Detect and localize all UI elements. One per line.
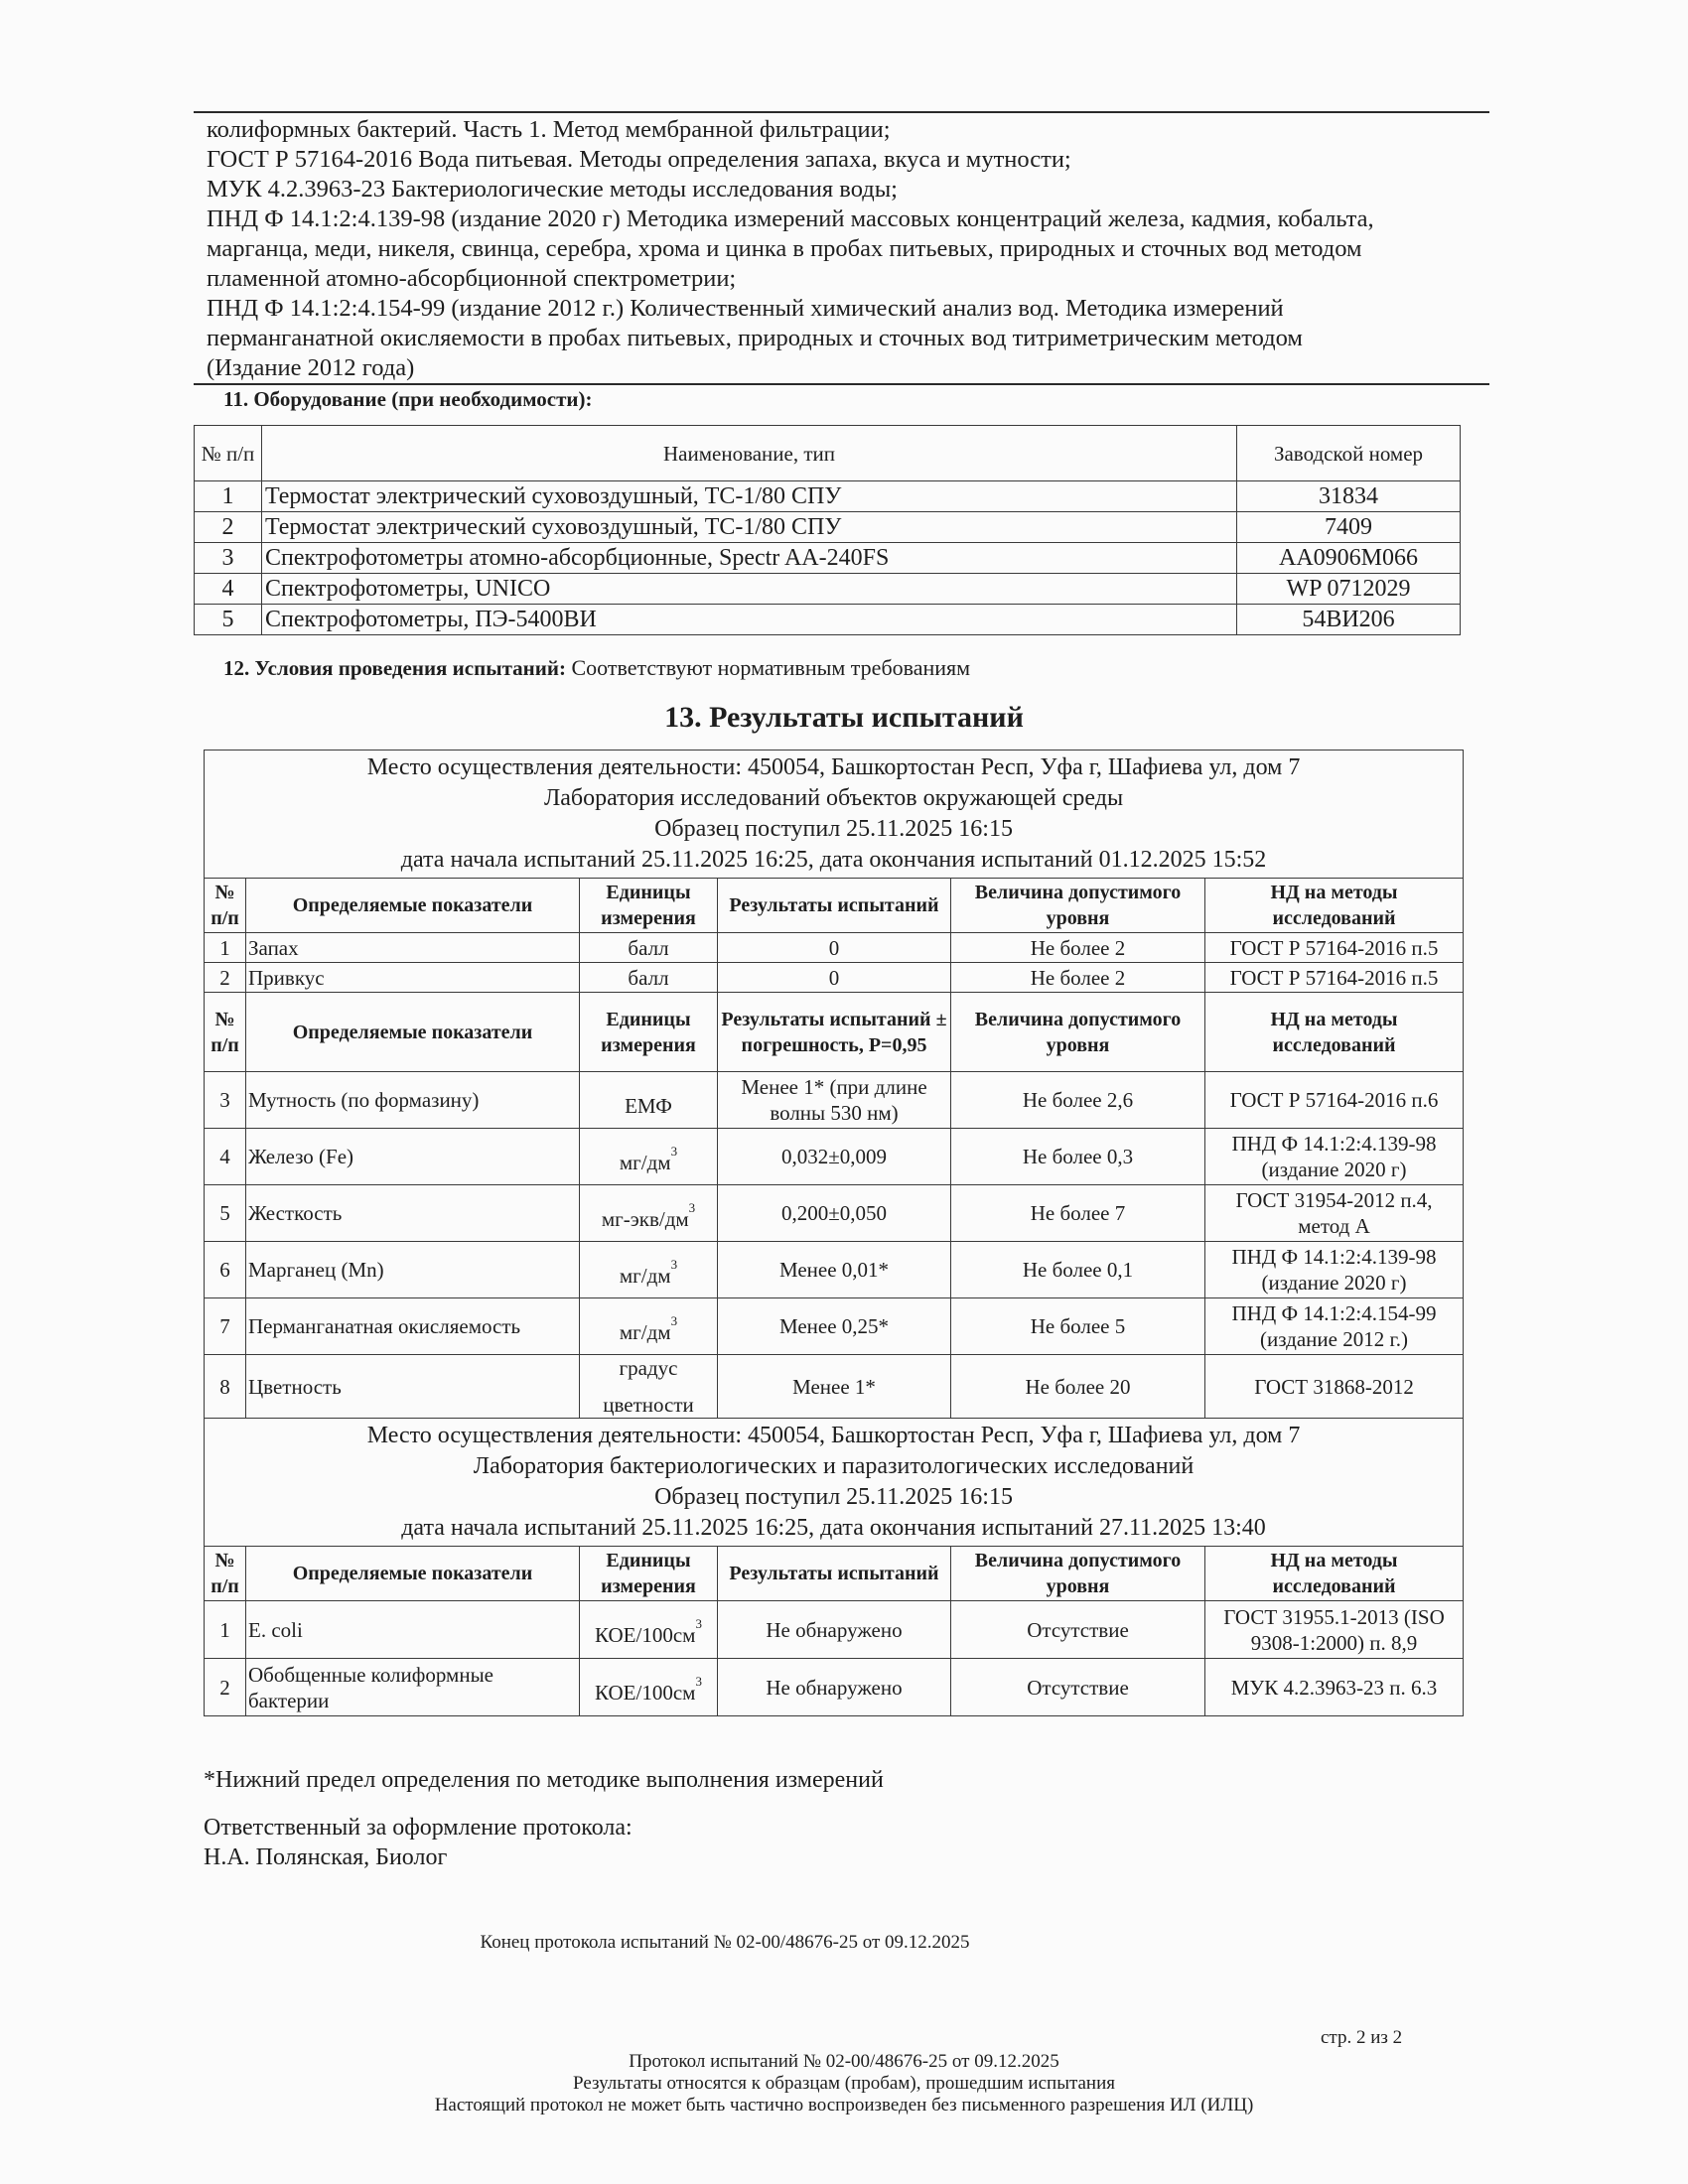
equipment-header-serial: Заводской номер (1237, 426, 1461, 481)
row-unit: мг/дм3 (580, 1242, 718, 1298)
footer: Протокол испытаний № 02-00/48676-25 от 0… (348, 2051, 1340, 2116)
row-result: Менее 0,25* (718, 1298, 951, 1355)
row-unit: балл (580, 963, 718, 993)
row-result: Менее 1* (718, 1355, 951, 1419)
methods-line: марганца, меди, никеля, свинца, серебра,… (207, 234, 1487, 264)
methods-line: МУК 4.2.3963-23 Бактериологические метод… (207, 175, 1487, 205)
row-indicator: Железо (Fe) (246, 1129, 580, 1185)
unit-superscript: 3 (689, 1200, 696, 1215)
table-row: 8Цветностьградус цветностиМенее 1*Не бол… (205, 1355, 1464, 1419)
header-unit: Единицы измерения (580, 1547, 718, 1601)
row-result: Менее 0,01* (718, 1242, 951, 1298)
row-method: ПНД Ф 14.1:2:4.139-98 (издание 2020 г) (1205, 1242, 1464, 1298)
footer-line: Протокол испытаний № 02-00/48676-25 от 0… (348, 2051, 1340, 2073)
equipment-serial: 54ВИ206 (1237, 605, 1461, 635)
header-limit: Величина допустимого уровня (951, 1547, 1205, 1601)
row-limit: Не более 5 (951, 1298, 1205, 1355)
equipment-num: 3 (195, 543, 262, 574)
responsible-person: Н.А. Полянская, Биолог (204, 1844, 447, 1871)
row-indicator: Привкус (246, 963, 580, 993)
equipment-name: Термостат электрический суховоздушный, Т… (262, 512, 1237, 543)
block2-received: Образец поступил 25.11.2025 16:15 (205, 1482, 1463, 1513)
footer-line: Результаты относятся к образцам (пробам)… (348, 2073, 1340, 2095)
row-method: ГОСТ Р 57164-2016 п.6 (1205, 1072, 1464, 1129)
unit-superscript: 3 (671, 1144, 678, 1159)
header-method: НД на методы исследований (1205, 993, 1464, 1072)
block2-lab: Лаборатория бактериологических и паразит… (205, 1451, 1463, 1482)
row-method: ГОСТ Р 57164-2016 п.5 (1205, 933, 1464, 963)
methods-line: пламенной атомно-абсорбционной спектроме… (207, 264, 1487, 294)
unit-superscript: 3 (671, 1313, 678, 1328)
row-num: 8 (205, 1355, 246, 1419)
footer-line: Настоящий протокол не может быть частичн… (348, 2095, 1340, 2116)
equipment-title: 11. Оборудование (при необходимости): (223, 387, 593, 412)
table-row: 1 Запах балл 0 Не более 2 ГОСТ Р 57164-2… (205, 933, 1464, 963)
table-row: 5Жесткостьмг-экв/дм30,200±0,050Не более … (205, 1185, 1464, 1242)
row-result: 0 (718, 963, 951, 993)
block2-rows: 1E. coliКОЕ/100см3Не обнаруженоОтсутстви… (205, 1601, 1464, 1716)
equipment-name: Спектрофотометры, UNICO (262, 574, 1237, 605)
row-unit: КОЕ/100см3 (580, 1659, 718, 1716)
equipment-header-row: № п/п Наименование, тип Заводской номер (195, 426, 1461, 481)
equipment-name: Термостат электрический суховоздушный, Т… (262, 481, 1237, 512)
row-num: 3 (205, 1072, 246, 1129)
header-limit: Величина допустимого уровня (951, 993, 1205, 1072)
row-num: 1 (205, 933, 246, 963)
equipment-serial: WP 0712029 (1237, 574, 1461, 605)
table-row: 4 Спектрофотометры, UNICO WP 0712029 (195, 574, 1461, 605)
responsible-label: Ответственный за оформление протокола: (204, 1815, 633, 1842)
header-result-error: Результаты испытаний ± погрешность, Р=0,… (718, 993, 951, 1072)
row-limit: Не более 0,1 (951, 1242, 1205, 1298)
methods-line: перманганатной окисляемости в пробах пит… (207, 324, 1487, 353)
methods-list: колиформных бактерий. Часть 1. Метод мем… (207, 115, 1487, 383)
table-row: 1 Термостат электрический суховоздушный,… (195, 481, 1461, 512)
header-indicator: Определяемые показатели (246, 1547, 580, 1601)
row-method: ГОСТ 31955.1-2013 (ISO 9308-1:2000) п. 8… (1205, 1601, 1464, 1659)
methods-line: ПНД Ф 14.1:2:4.154-99 (издание 2012 г.) … (207, 294, 1487, 324)
header-method: НД на методы исследований (1205, 879, 1464, 933)
row-indicator: Перманганатная окисляемость (246, 1298, 580, 1355)
header-indicator: Определяемые показатели (246, 879, 580, 933)
row-method: ГОСТ Р 57164-2016 п.5 (1205, 963, 1464, 993)
row-result: Не обнаружено (718, 1601, 951, 1659)
table-row: 2Обобщенные колиформные бактерииКОЕ/100с… (205, 1659, 1464, 1716)
row-limit: Не более 2 (951, 963, 1205, 993)
row-unit: балл (580, 933, 718, 963)
row-unit: ЕМФ (580, 1072, 718, 1129)
equipment-name: Спектрофотометры, ПЭ-5400ВИ (262, 605, 1237, 635)
row-method: ГОСТ 31954-2012 п.4, метод А (1205, 1185, 1464, 1242)
row-indicator: Мутность (по формазину) (246, 1072, 580, 1129)
header-num: № п/п (205, 1547, 246, 1601)
block1-header-row-b: № п/п Определяемые показатели Единицы из… (205, 993, 1464, 1072)
row-num: 5 (205, 1185, 246, 1242)
row-limit: Не более 7 (951, 1185, 1205, 1242)
row-limit: Отсутствие (951, 1601, 1205, 1659)
methods-line: (Издание 2012 года) (207, 353, 1487, 383)
row-num: 1 (205, 1601, 246, 1659)
row-limit: Не более 0,3 (951, 1129, 1205, 1185)
equipment-num: 5 (195, 605, 262, 635)
equipment-serial: 31834 (1237, 481, 1461, 512)
row-result: Менее 1* (при длине волны 530 нм) (718, 1072, 951, 1129)
header-indicator: Определяемые показатели (246, 993, 580, 1072)
row-result: 0,032±0,009 (718, 1129, 951, 1185)
top-divider (194, 111, 1489, 113)
row-limit: Отсутствие (951, 1659, 1205, 1716)
header-method: НД на методы исследований (1205, 1547, 1464, 1601)
row-num: 2 (205, 963, 246, 993)
equipment-header-name: Наименование, тип (262, 426, 1237, 481)
block2-info-row: Место осуществления деятельности: 450054… (205, 1419, 1464, 1547)
row-method: МУК 4.2.3963-23 п. 6.3 (1205, 1659, 1464, 1716)
row-indicator: Обобщенные колиформные бактерии (246, 1659, 580, 1716)
row-result: 0,200±0,050 (718, 1185, 951, 1242)
block1-rows-b: 3Мутность (по формазину)ЕМФМенее 1* (при… (205, 1072, 1464, 1419)
row-limit: Не более 2,6 (951, 1072, 1205, 1129)
methods-line: колиформных бактерий. Часть 1. Метод мем… (207, 115, 1487, 145)
table-row: 4Железо (Fe)мг/дм30,032±0,009Не более 0,… (205, 1129, 1464, 1185)
page-number: стр. 2 из 2 (1321, 2027, 1402, 2049)
row-indicator: Жесткость (246, 1185, 580, 1242)
block1-info-row: Место осуществления деятельности: 450054… (205, 751, 1464, 879)
end-note: Конец протокола испытаний № 02-00/48676-… (328, 1932, 1122, 1954)
block1-place: Место осуществления деятельности: 450054… (205, 752, 1463, 783)
equipment-table: № п/п Наименование, тип Заводской номер … (194, 425, 1461, 635)
footnote: *Нижний предел определения по методике в… (204, 1767, 884, 1794)
conditions-value: Соответствуют нормативным требованиям (571, 655, 970, 680)
table-row: 2 Привкус балл 0 Не более 2 ГОСТ Р 57164… (205, 963, 1464, 993)
unit-superscript: 3 (671, 1257, 678, 1272)
row-method: ПНД Ф 14.1:2:4.154-99 (издание 2012 г.) (1205, 1298, 1464, 1355)
row-unit: мг-экв/дм3 (580, 1185, 718, 1242)
equipment-serial: 7409 (1237, 512, 1461, 543)
row-num: 2 (205, 1659, 246, 1716)
header-unit: Единицы измерения (580, 993, 718, 1072)
results-table: Место осуществления деятельности: 450054… (204, 750, 1464, 1716)
header-result: Результаты испытаний (718, 1547, 951, 1601)
equipment-name: Спектрофотометры атомно-абсорбционные, S… (262, 543, 1237, 574)
row-num: 4 (205, 1129, 246, 1185)
block1-lab: Лаборатория исследований объектов окружа… (205, 783, 1463, 814)
table-row: 7Перманганатная окисляемостьмг/дм3Менее … (205, 1298, 1464, 1355)
block2-dates: дата начала испытаний 25.11.2025 16:25, … (205, 1513, 1463, 1544)
equipment-num: 4 (195, 574, 262, 605)
equipment-num: 1 (195, 481, 262, 512)
block2-place: Место осуществления деятельности: 450054… (205, 1421, 1463, 1451)
unit-superscript: 3 (695, 1674, 702, 1689)
header-unit: Единицы измерения (580, 879, 718, 933)
equipment-num: 2 (195, 512, 262, 543)
row-unit: градус цветности (580, 1355, 718, 1419)
row-indicator: Запах (246, 933, 580, 963)
header-limit: Величина допустимого уровня (951, 879, 1205, 933)
unit-superscript: 3 (695, 1616, 702, 1631)
header-num: № п/п (205, 993, 246, 1072)
row-method: ГОСТ 31868-2012 (1205, 1355, 1464, 1419)
table-row: 1E. coliКОЕ/100см3Не обнаруженоОтсутстви… (205, 1601, 1464, 1659)
row-limit: Не более 2 (951, 933, 1205, 963)
header-result: Результаты испытаний (718, 879, 951, 933)
conditions-line: 12. Условия проведения испытаний: Соотве… (223, 655, 970, 681)
conditions-label: 12. Условия проведения испытаний: (223, 656, 566, 680)
row-method: ПНД Ф 14.1:2:4.139-98 (издание 2020 г) (1205, 1129, 1464, 1185)
equipment-serial: AA0906M066 (1237, 543, 1461, 574)
row-unit: КОЕ/100см3 (580, 1601, 718, 1659)
row-num: 7 (205, 1298, 246, 1355)
table-row: 3 Спектрофотометры атомно-абсорбционные,… (195, 543, 1461, 574)
methods-line: ПНД Ф 14.1:2:4.139-98 (издание 2020 г) М… (207, 205, 1487, 234)
row-result: Не обнаружено (718, 1659, 951, 1716)
row-result: 0 (718, 933, 951, 963)
row-indicator: Цветность (246, 1355, 580, 1419)
row-limit: Не более 20 (951, 1355, 1205, 1419)
table-row: 2 Термостат электрический суховоздушный,… (195, 512, 1461, 543)
block1-dates: дата начала испытаний 25.11.2025 16:25, … (205, 845, 1463, 876)
row-indicator: E. coli (246, 1601, 580, 1659)
table-row: 5 Спектрофотометры, ПЭ-5400ВИ 54ВИ206 (195, 605, 1461, 635)
row-unit: мг/дм3 (580, 1129, 718, 1185)
table-row: 3Мутность (по формазину)ЕМФМенее 1* (при… (205, 1072, 1464, 1129)
block2-header-row: № п/п Определяемые показатели Единицы из… (205, 1547, 1464, 1601)
row-num: 6 (205, 1242, 246, 1298)
block1-received: Образец поступил 25.11.2025 16:15 (205, 814, 1463, 845)
results-title: 13. Результаты испытаний (0, 701, 1688, 735)
methods-divider (194, 383, 1489, 385)
table-row: 6Марганец (Mn)мг/дм3Менее 0,01*Не более … (205, 1242, 1464, 1298)
row-unit: мг/дм3 (580, 1298, 718, 1355)
equipment-header-num: № п/п (195, 426, 262, 481)
header-num: № п/п (205, 879, 246, 933)
block1-header-row-a: № п/п Определяемые показатели Единицы из… (205, 879, 1464, 933)
row-indicator: Марганец (Mn) (246, 1242, 580, 1298)
methods-line: ГОСТ Р 57164-2016 Вода питьевая. Методы … (207, 145, 1487, 175)
